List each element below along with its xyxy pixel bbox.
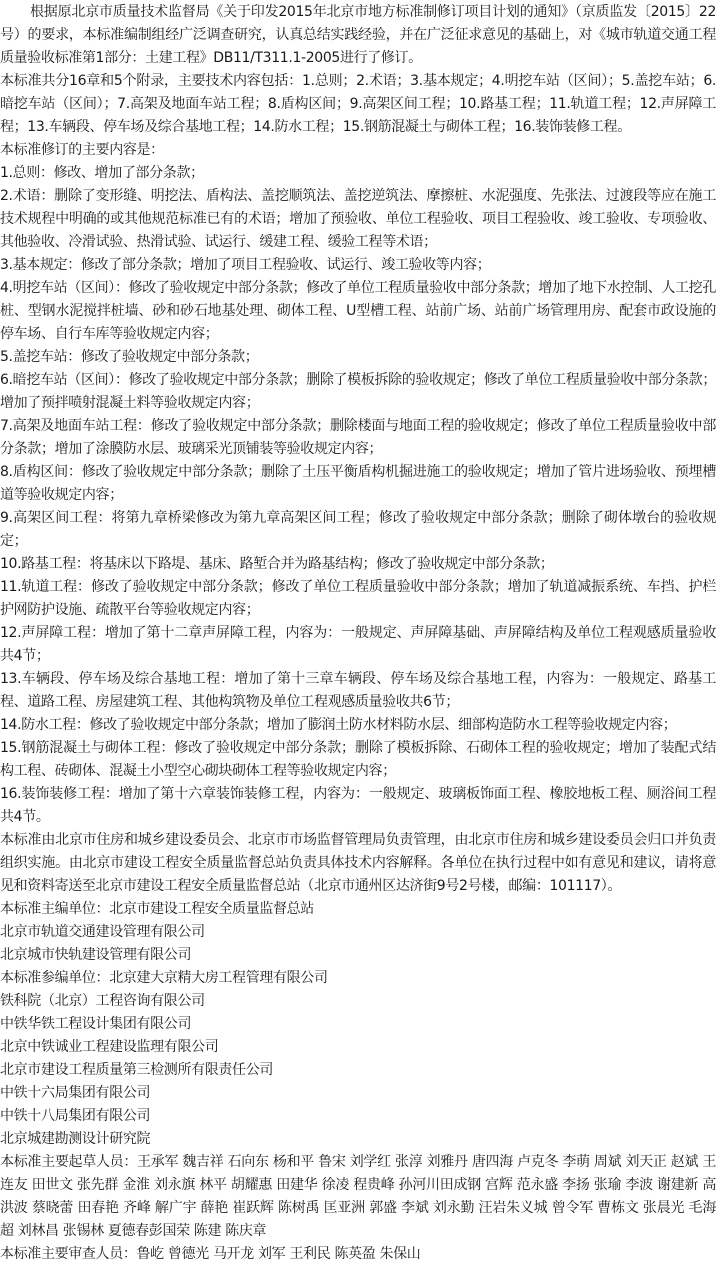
revision-item: 1.总则：修改、增加了部分条款； <box>0 162 716 185</box>
revision-item: 2.术语：删除了变形缝、明挖法、盾构法、盖挖顺筑法、盖挖逆筑法、摩擦桩、水泥强度… <box>0 185 716 254</box>
revision-item: 14.防水工程：修改了验收规定中部分条款；增加了膨润土防水材料防水层、细部构造防… <box>0 714 716 737</box>
chief-editor-unit: 北京市轨道交通建设管理有限公司 <box>0 921 716 944</box>
revision-item: 9.高架区间工程：将第九章桥梁修改为第九章高架区间工程；修改了验收规定中部分条款… <box>0 507 716 553</box>
participant-unit: 北京中铁诚业工程建设监理有限公司 <box>0 1036 716 1059</box>
document-body: 根据原北京市质量技术监督局《关于印发2015年北京市地方标准制修订项目计划的通知… <box>0 0 718 1263</box>
participant-label: 本标准参编单位：北京建大京精大房工程管理有限公司 <box>0 967 716 990</box>
participant-unit: 中铁华铁工程设计集团有限公司 <box>0 1013 716 1036</box>
structure-paragraph: 本标准共分16章和5个附录，主要技术内容包括：1.总则；2.术语；3.基本规定；… <box>0 70 716 139</box>
management-paragraph: 本标准由北京市住房和城乡建设委员会、北京市市场监督管理局负责管理，由北京市住房和… <box>0 829 716 898</box>
participant-unit: 中铁十六局集团有限公司 <box>0 1082 716 1105</box>
drafters-paragraph: 本标准主要起草人员：王承军 魏吉祥 石向东 杨和平 鲁宋 刘学红 张淳 刘雅丹 … <box>0 1151 716 1243</box>
intro-paragraph: 根据原北京市质量技术监督局《关于印发2015年北京市地方标准制修订项目计划的通知… <box>0 1 716 70</box>
revision-item: 6.暗挖车站（区间）：修改了验收规定中部分条款；删除了模板拆除的验收规定；修改了… <box>0 369 716 415</box>
revision-item: 16.装饰装修工程：增加了第十六章装饰装修工程，内容为：一般规定、玻璃板饰面工程… <box>0 783 716 829</box>
reviewers-paragraph: 本标准主要审查人员：鲁屹 曾德光 马开龙 刘军 王利民 陈英盈 朱保山 <box>0 1243 716 1263</box>
revision-item: 10.路基工程：将基床以下路堤、基床、路堑合并为路基结构；修改了验收规定中部分条… <box>0 553 716 576</box>
revision-item: 13.车辆段、停车场及综合基地工程：增加了第十三章车辆段、停车场及综合基地工程，… <box>0 668 716 714</box>
revision-item: 4.明挖车站（区间）：修改了验收规定中部分条款；修改了单位工程质量验收中部分条款… <box>0 277 716 346</box>
revision-item: 3.基本规定：修改了部分条款；增加了项目工程验收、试运行、竣工验收等内容； <box>0 254 716 277</box>
participant-unit: 北京城建勘测设计研究院 <box>0 1128 716 1151</box>
participant-unit: 中铁十八局集团有限公司 <box>0 1105 716 1128</box>
revision-item: 7.高架及地面车站工程：修改了验收规定中部分条款；删除楼面与地面工程的验收规定；… <box>0 415 716 461</box>
revision-item: 8.盾构区间：修改了验收规定中部分条款；删除了土压平衡盾构机掘进施工的验收规定；… <box>0 461 716 507</box>
chief-editor-label: 本标准主编单位：北京市建设工程安全质量监督总站 <box>0 898 716 921</box>
chief-editor-unit: 北京城市快轨建设管理有限公司 <box>0 944 716 967</box>
revision-item: 5.盖挖车站：修改了验收规定中部分条款； <box>0 346 716 369</box>
revision-item: 15.钢筋混凝土与砌体工程：修改了验收规定中部分条款；删除了模板拆除、石砌体工程… <box>0 737 716 783</box>
participant-unit: 铁科院（北京）工程咨询有限公司 <box>0 990 716 1013</box>
revision-heading: 本标准修订的主要内容是： <box>0 139 716 162</box>
revision-item: 11.轨道工程：修改了验收规定中部分条款；修改了单位工程质量验收中部分条款；增加… <box>0 576 716 622</box>
participant-unit: 北京市建设工程质量第三检测所有限责任公司 <box>0 1059 716 1082</box>
revision-item: 12.声屏障工程：增加了第十二章声屏障工程，内容为：一般规定、声屏障基础、声屏障… <box>0 622 716 668</box>
